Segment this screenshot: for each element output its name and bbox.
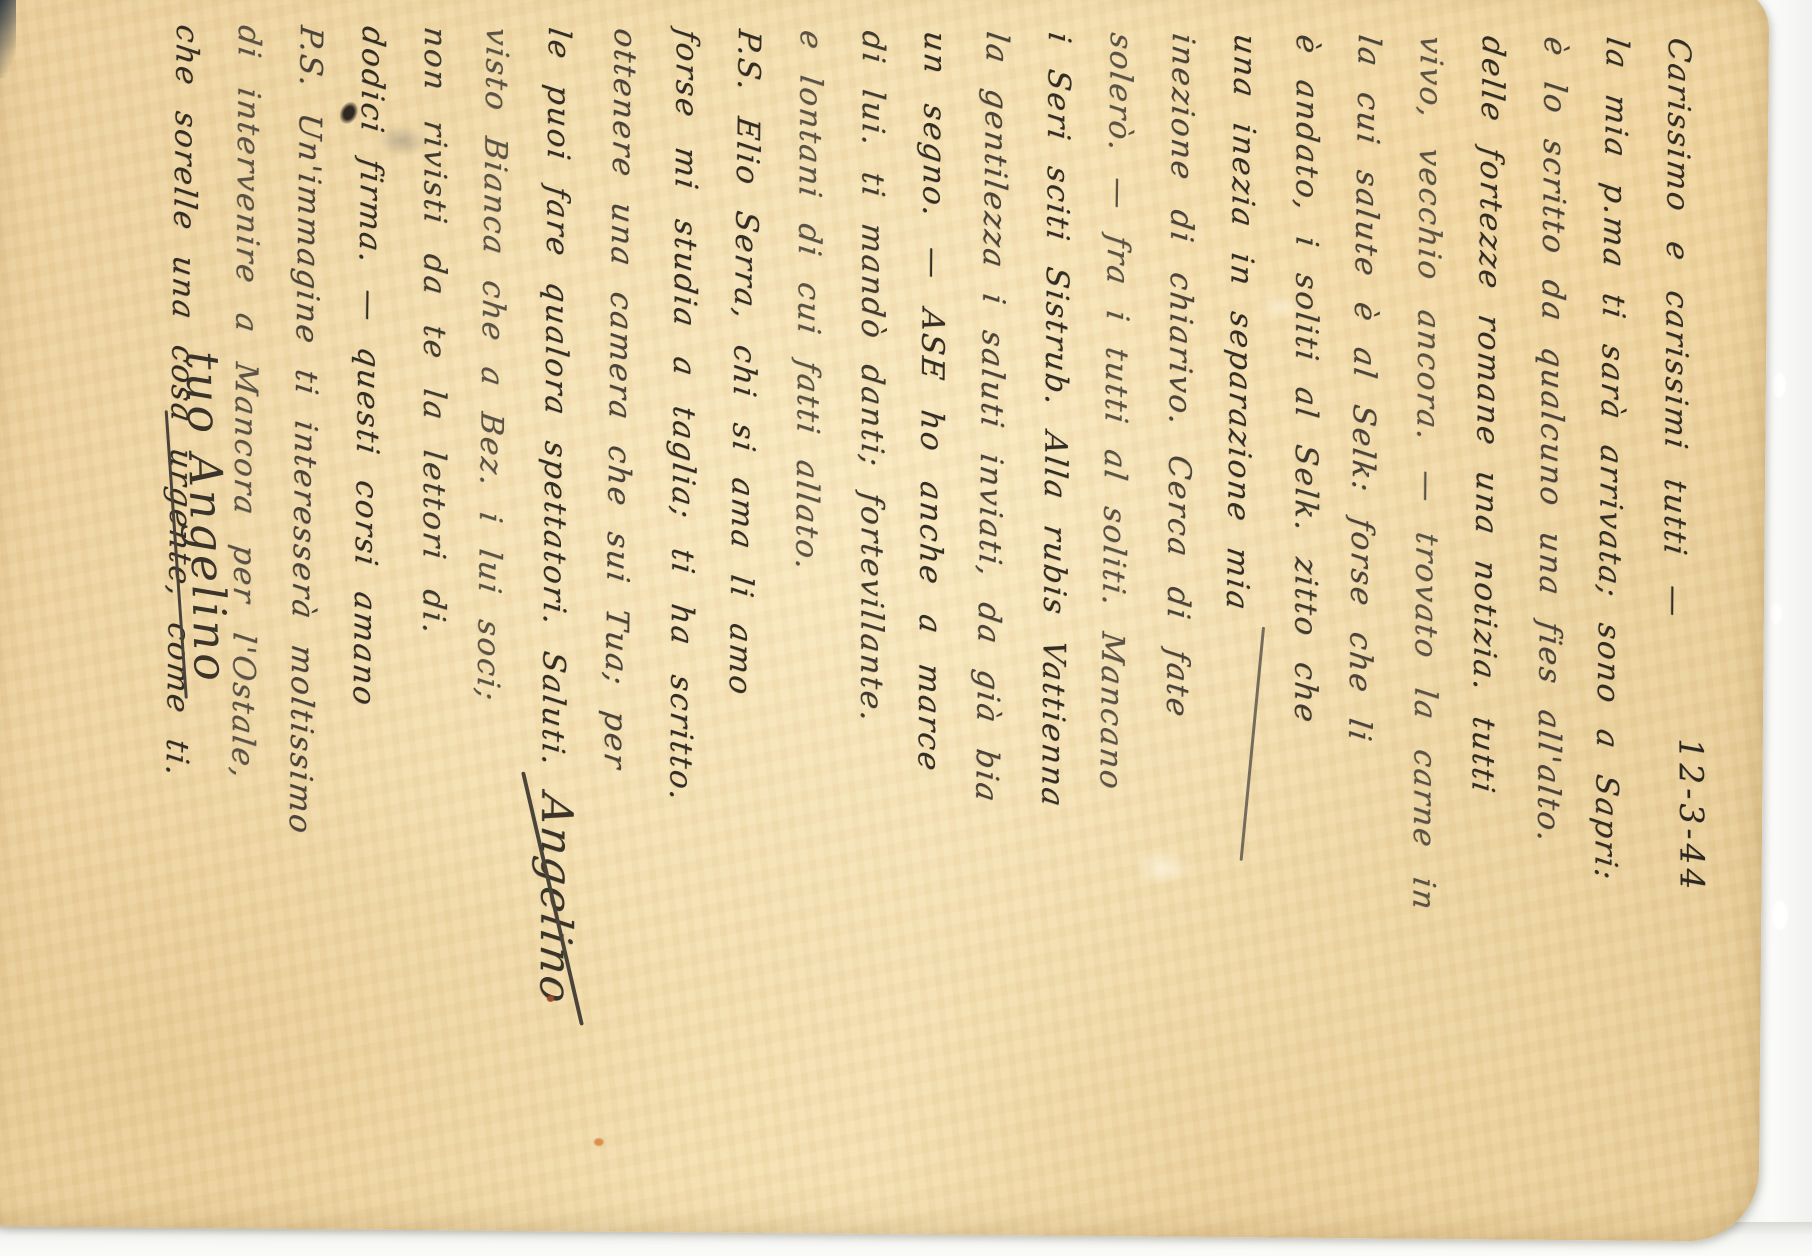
handwritten-letter-text: Carissimo e carissimi tutti —la mia p.ma… — [20, 18, 1730, 1213]
letter-lines: Carissimo e carissimi tutti —la mia p.ma… — [20, 18, 1730, 1213]
letter-line: un segno. — ASE ho anche a marce — [894, 27, 966, 1209]
letter-line: non rivisti da te la lettori di. — [401, 24, 466, 1205]
paper-scuff — [1134, 850, 1192, 885]
letter-line: le puoi fare qualora spettatori. Saluti.… — [518, 24, 594, 1207]
letter-line: e lontani di cui fatti allato. — [770, 26, 842, 1208]
gray-smudge — [376, 126, 428, 156]
letter-line: inezione di chiarivo. Cerca di fate — [1142, 30, 1214, 1212]
scanner-glare-spot — [1770, 604, 1782, 624]
letter-line: è lo scritto da qualcuno una fies all'al… — [1514, 33, 1586, 1213]
letter-line: Carissimo e carissimi tutti — — [1638, 34, 1710, 1212]
paper-scuff — [1257, 293, 1303, 319]
scanner-glare-spot — [1772, 900, 1788, 930]
letter-line: di lui. ti mandò danti; fortevillante. — [839, 28, 904, 1209]
letter-line: è andato, i soliti al Selk. zitto che — [1273, 31, 1338, 1212]
letter-line: vivo, vecchio ancora. — trovato la carne… — [1390, 32, 1462, 1213]
letter-line: i Seri sciti Sistrub. Alla rubis Vattien… — [1018, 29, 1090, 1211]
strikethrough-word: Angelino — [524, 790, 588, 1009]
scanner-glare-spot — [1772, 372, 1786, 398]
postcard-paper: Carissimo e carissimi tutti —la mia p.ma… — [0, 0, 1769, 1242]
scanned-postcard-image: Carissimo e carissimi tutti —la mia p.ma… — [0, 0, 1812, 1256]
paper-stain — [593, 1138, 604, 1147]
rust-speck — [547, 995, 555, 1002]
letter-line: forse mi studia a taglia; ti ha scritto. — [646, 25, 718, 1207]
scanner-corner-shadow — [0, 0, 16, 78]
date-stamp: 12-3-44 — [1672, 738, 1712, 894]
signature: tuo Angelino — [175, 351, 238, 685]
